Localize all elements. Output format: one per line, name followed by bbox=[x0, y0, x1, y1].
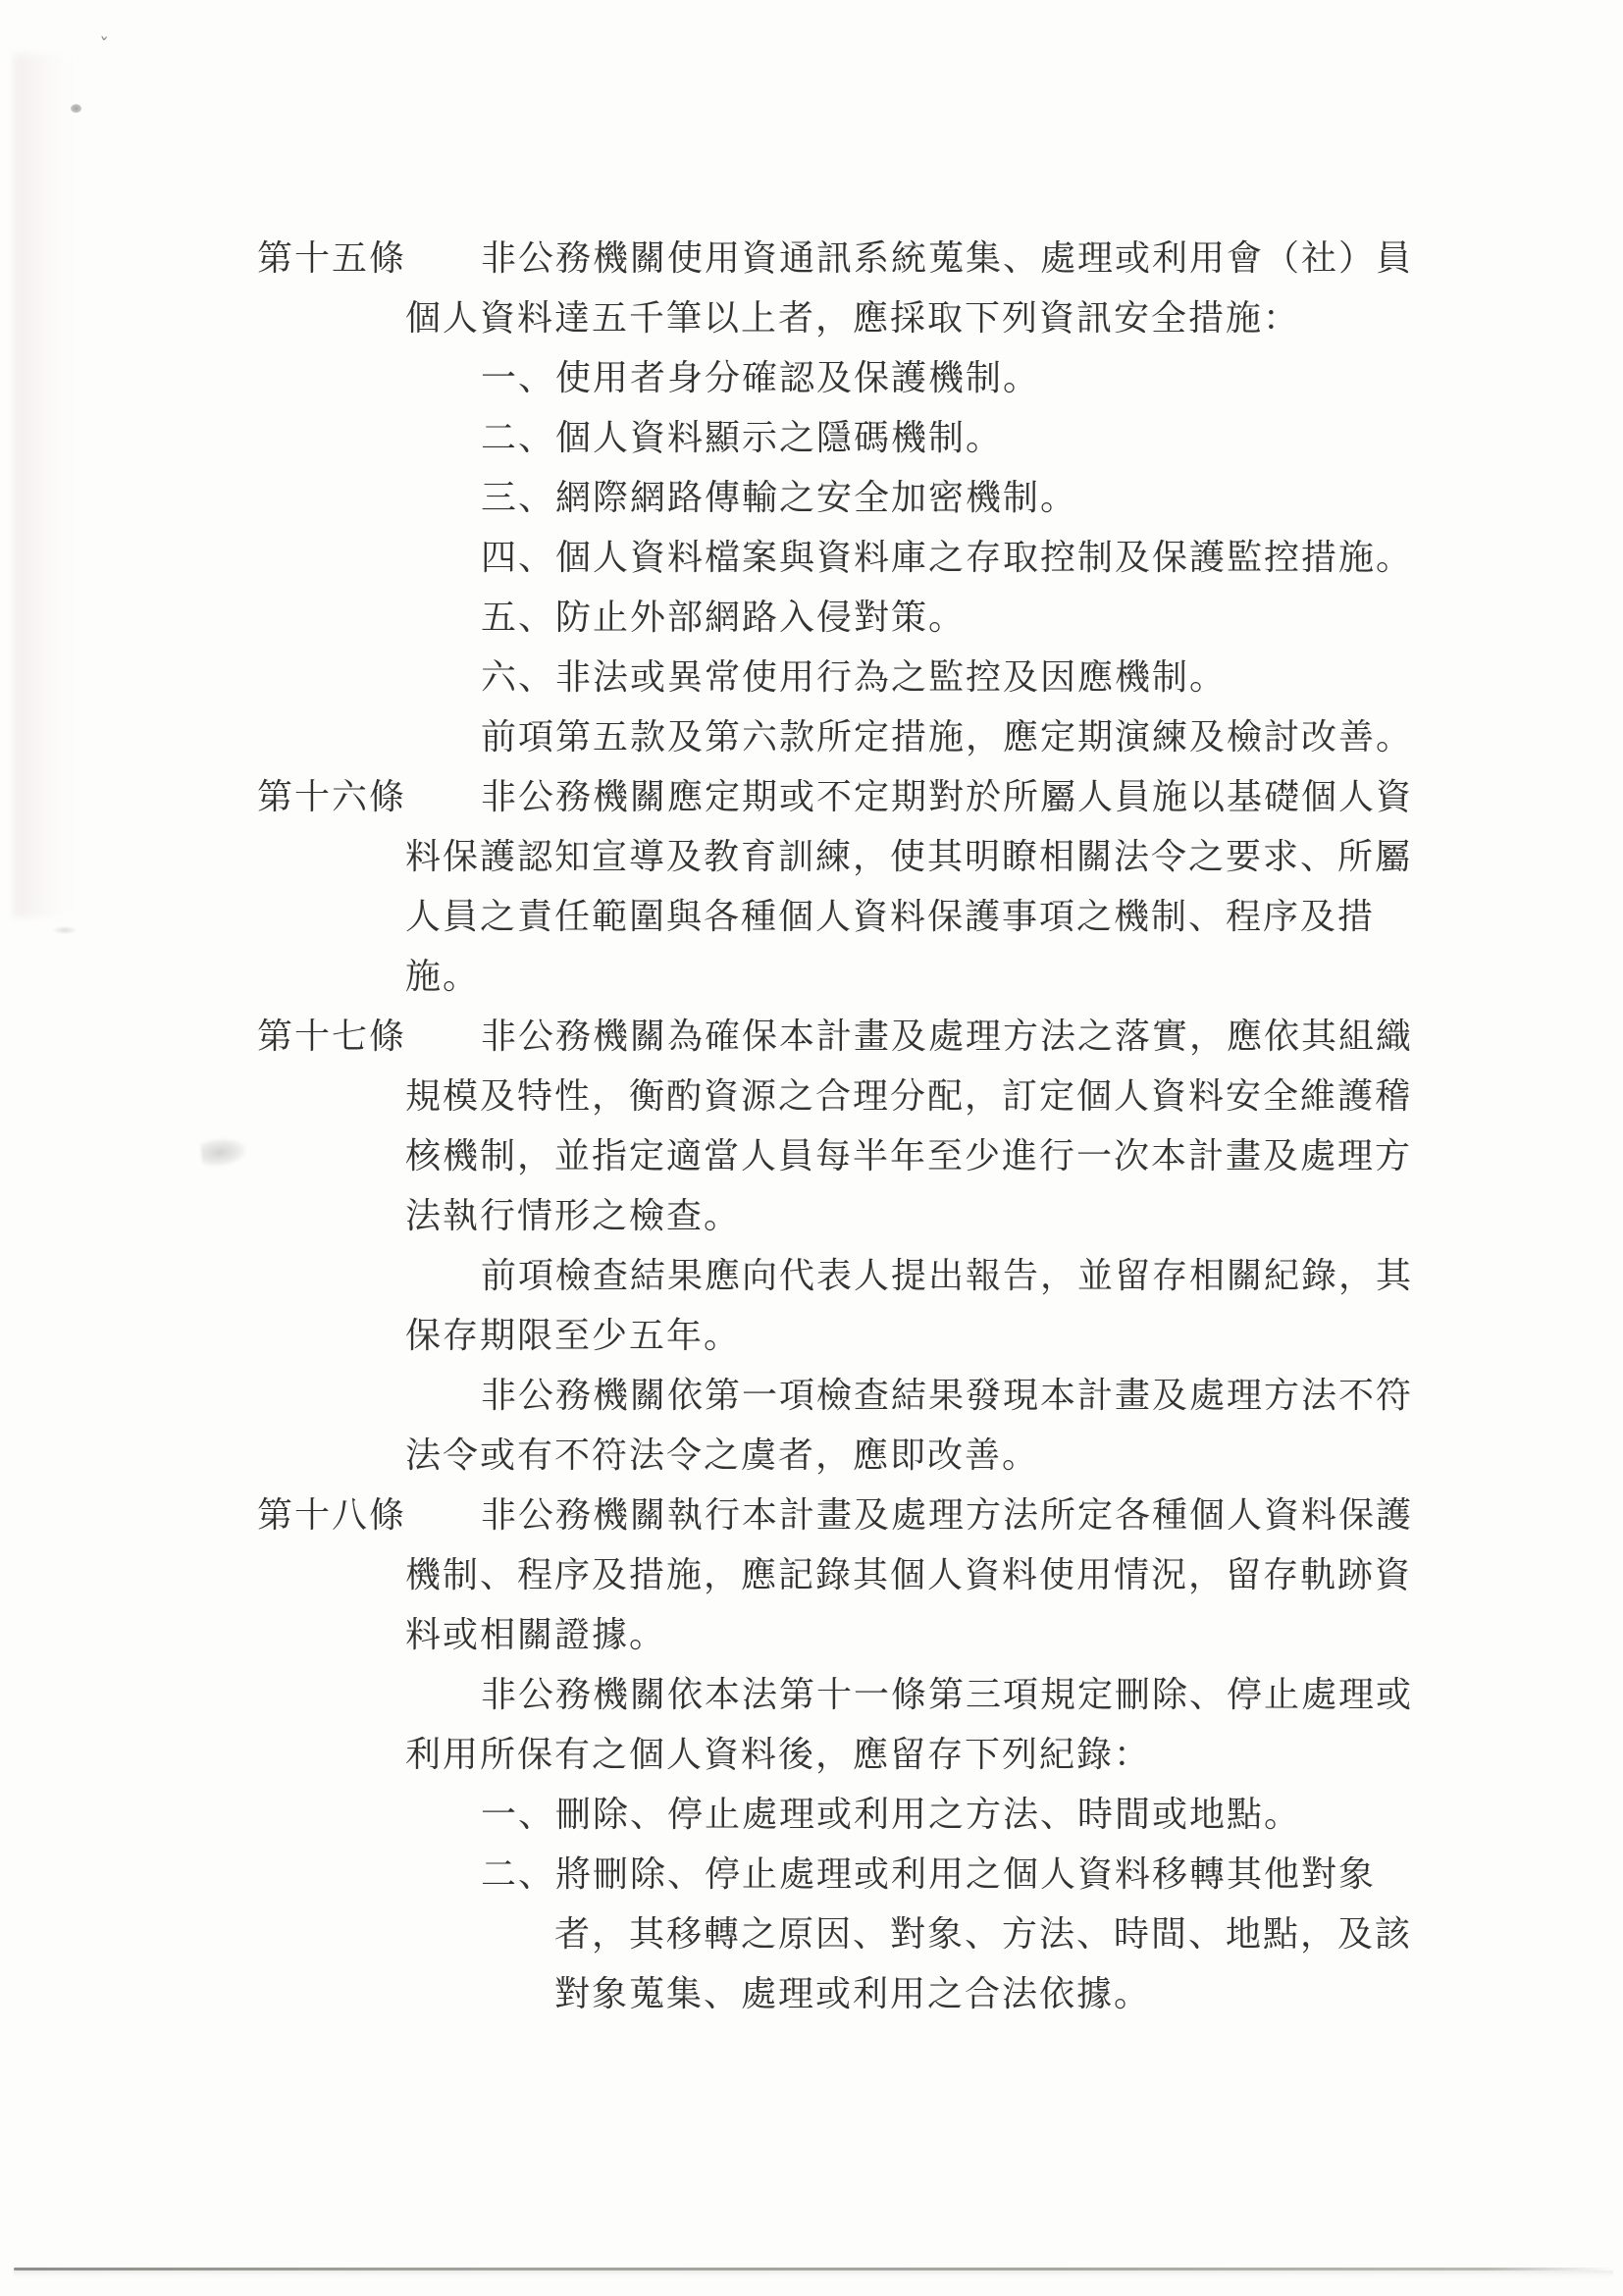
text-line: 保存期限至少五年。 bbox=[0, 1306, 1623, 1366]
text-line: 非公務機關依本法第十一條第三項規定刪除、停止處理或 bbox=[0, 1665, 1623, 1725]
text-line: 利用所保有之個人資料後，應留存下列紀錄： bbox=[0, 1725, 1623, 1785]
text-line: 法執行情形之檢查。 bbox=[0, 1186, 1623, 1246]
article-text: 非公務機關執行本計畫及處理方法所定各種個人資料保護 bbox=[481, 1495, 1413, 1535]
article-number: 第十六條 bbox=[257, 767, 481, 827]
article-text: 非公務機關應定期或不定期對於所屬人員施以基礎個人資 bbox=[481, 777, 1413, 816]
text-line: 核機制，並指定適當人員每半年至少進行一次本計畫及處理方 bbox=[0, 1126, 1623, 1186]
article-text: 非公務機關為確保本計畫及處理方法之落實，應依其組織 bbox=[481, 1017, 1413, 1056]
text-line: 法令或有不符法令之虞者，應即改善。 bbox=[0, 1426, 1623, 1486]
text-line: 對象蒐集、處理或利用之合法依據。 bbox=[0, 1964, 1623, 2024]
text-line: 二、將刪除、停止處理或利用之個人資料移轉其他對象 bbox=[0, 1845, 1623, 1905]
text-line: 者，其移轉之原因、對象、方法、時間、地點，及該 bbox=[0, 1905, 1623, 1964]
scan-dot-mark bbox=[71, 104, 81, 113]
document-body: 第十五條非公務機關使用資通訊系統蒐集、處理或利用會（社）員個人資料達五千筆以上者… bbox=[0, 229, 1623, 2024]
text-line: 六、非法或異常使用行為之監控及因應機制。 bbox=[0, 648, 1623, 707]
scan-check-mark: ˇ bbox=[97, 34, 122, 59]
text-line: 一、使用者身分確認及保護機制。 bbox=[0, 348, 1623, 408]
text-line: 二、個人資料顯示之隱碼機制。 bbox=[0, 408, 1623, 468]
article-text: 非公務機關使用資通訊系統蒐集、處理或利用會（社）員 bbox=[481, 238, 1413, 278]
text-line: 三、網際網路傳輸之安全加密機制。 bbox=[0, 468, 1623, 528]
page-edge-shadow bbox=[14, 2268, 1613, 2270]
text-line: 個人資料達五千筆以上者，應採取下列資訊安全措施： bbox=[0, 288, 1623, 348]
article-first-line: 第十六條非公務機關應定期或不定期對於所屬人員施以基礎個人資 bbox=[0, 767, 1623, 827]
text-line: 施。 bbox=[0, 947, 1623, 1007]
article-number: 第十五條 bbox=[257, 229, 481, 288]
text-line: 人員之責任範圍與各種個人資料保護事項之機制、程序及措 bbox=[0, 887, 1623, 947]
article-number: 第十八條 bbox=[257, 1486, 481, 1545]
text-line: 前項檢查結果應向代表人提出報告，並留存相關紀錄，其 bbox=[0, 1246, 1623, 1306]
text-line: 規模及特性，衡酌資源之合理分配，訂定個人資料安全維護稽 bbox=[0, 1067, 1623, 1126]
text-line: 非公務機關依第一項檢查結果發現本計畫及處理方法不符 bbox=[0, 1366, 1623, 1426]
text-line: 料或相關證據。 bbox=[0, 1605, 1623, 1665]
text-line: 四、個人資料檔案與資料庫之存取控制及保護監控措施。 bbox=[0, 528, 1623, 588]
article-number: 第十七條 bbox=[257, 1007, 481, 1067]
text-line: 料保護認知宣導及教育訓練，使其明瞭相關法令之要求、所屬 bbox=[0, 827, 1623, 887]
text-line: 一、刪除、停止處理或利用之方法、時間或地點。 bbox=[0, 1785, 1623, 1845]
page-edge-shadow-soft bbox=[14, 2270, 1613, 2279]
article-first-line: 第十八條非公務機關執行本計畫及處理方法所定各種個人資料保護 bbox=[0, 1486, 1623, 1545]
text-line: 前項第五款及第六款所定措施，應定期演練及檢討改善。 bbox=[0, 707, 1623, 767]
article-first-line: 第十七條非公務機關為確保本計畫及處理方法之落實，應依其組織 bbox=[0, 1007, 1623, 1067]
text-line: 五、防止外部網路入侵對策。 bbox=[0, 588, 1623, 648]
document-page: ˇ 第十五條非公務機關使用資通訊系統蒐集、處理或利用會（社）員個人資料達五千筆以… bbox=[0, 0, 1623, 2296]
article-first-line: 第十五條非公務機關使用資通訊系統蒐集、處理或利用會（社）員 bbox=[0, 229, 1623, 288]
text-line: 機制、程序及措施，應記錄其個人資料使用情況，留存軌跡資 bbox=[0, 1545, 1623, 1605]
